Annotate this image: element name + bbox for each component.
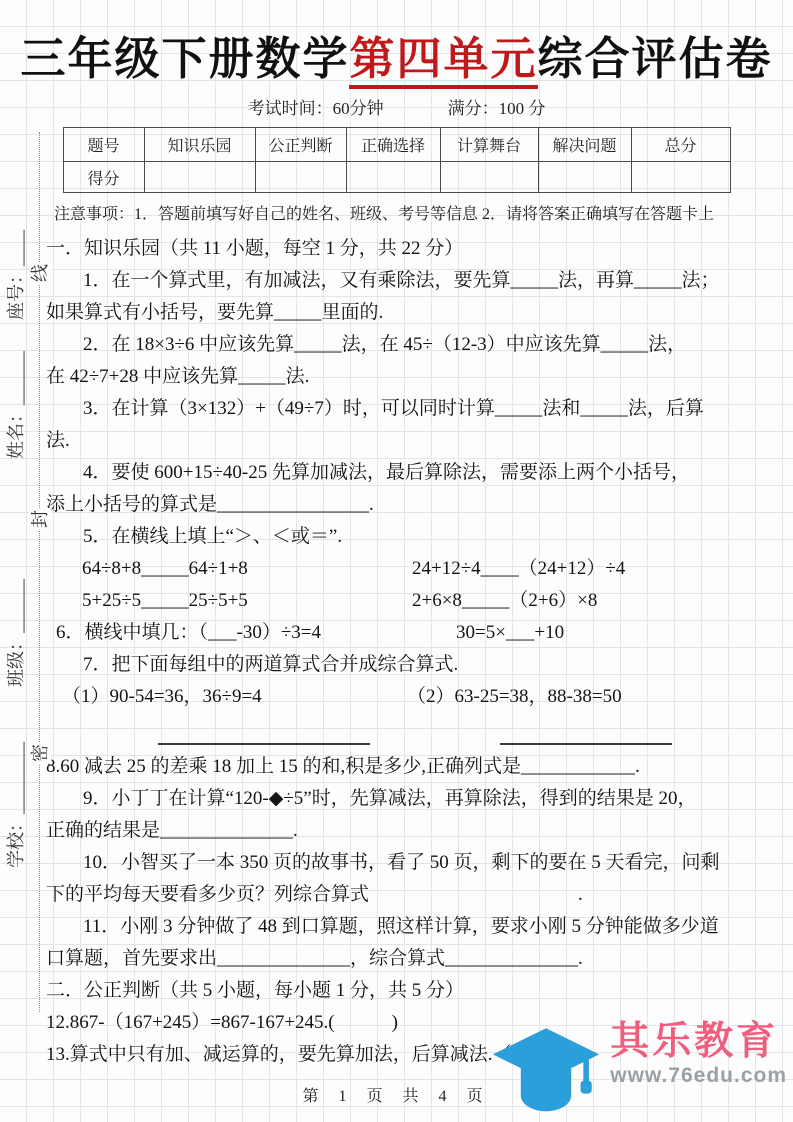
expression-left: 6．横线中填几：（___-30）÷3=4	[56, 617, 456, 649]
table-header-cell: 正确选择	[346, 128, 440, 162]
question-line: 6．横线中填几：（___-30）÷3=430=5×___+10	[46, 617, 755, 649]
exam-paper-page: 线封密 座号：____姓名：______班级：______学校：________…	[0, 0, 793, 1122]
table-header-cell: 题号	[63, 128, 144, 162]
score-table-score-row: 得分	[63, 162, 730, 193]
question-line: 5．在横线上填上“＞、＜或＝”.	[46, 521, 755, 553]
sidebar-field: 班级：______	[5, 558, 27, 708]
table-header-cell: 公正判断	[255, 128, 346, 162]
question-line: 一．知识乐园（共 11 小题，每空 1 分，共 22 分）	[46, 233, 755, 265]
title-suffix: 综合评估卷	[538, 33, 773, 84]
question-line: 64÷8+8_____64÷1+824+12÷4____（24+12）÷4	[46, 553, 755, 585]
expression-right: 30=5×___+10	[456, 617, 564, 649]
score-cell-empty	[440, 162, 538, 193]
question-line: 1．在一个算式里，有加减法，又有乘除法，要先算_____法，再算_____法；	[46, 265, 755, 297]
score-cell-empty	[144, 162, 255, 193]
question-line: 在 42÷7+28 中应该先算_____法.	[46, 361, 755, 393]
brand-watermark: 其乐教育 www.76edu.com	[490, 1020, 787, 1122]
table-header-cell: 总分	[631, 128, 730, 162]
expression-left: 5+25÷5_____25÷5+5	[82, 585, 412, 617]
score-cell-empty	[538, 162, 631, 193]
expression-right: 2+6×8_____（2+6）×8	[412, 585, 755, 617]
exam-full-score-label: 满分：100 分	[448, 94, 546, 119]
question-line: 9．小丁丁在计算“120-◆÷5”时，先算减法，再算除法，得到的结果是 20，	[46, 783, 755, 815]
question-line: 如果算式有小括号，要先算_____里面的.	[46, 297, 755, 329]
question-line: 口算题，首先要求出______________，综合算式____________…	[46, 943, 755, 975]
body-lines: 一．知识乐园（共 11 小题，每空 1 分，共 22 分）1．在一个算式里，有加…	[46, 233, 755, 1071]
exam-time-label: 考试时间：60分钟	[248, 94, 384, 119]
question-line: 5+25÷5_____25÷5+52+6×8_____（2+6）×8	[46, 585, 755, 617]
seal-char: 密	[29, 742, 51, 764]
table-header-cell: 解决问题	[538, 128, 631, 162]
seal-char: 线	[29, 262, 51, 284]
score-row-label: 得分	[63, 162, 144, 193]
score-table: 题号知识乐园公正判断正确选择计算舞台解决问题总分 得分	[63, 127, 731, 193]
table-header-cell: 知识乐园	[144, 128, 255, 162]
question-line: 4．要使 600+15÷40-25 先算加减法，最后算除法，需要添上两个小括号，	[46, 457, 755, 489]
score-cell-empty	[631, 162, 730, 193]
question-line: 7．把下面每组中的两道算式合并成综合算式.	[46, 649, 755, 681]
page-title: 三年级下册数学第四单元综合评估卷	[0, 0, 793, 88]
brand-name: 其乐教育	[610, 1020, 787, 1064]
question-line: 正确的结果是______________.	[46, 815, 755, 847]
question-line: 法.	[46, 425, 755, 457]
expression-right: 24+12÷4____（24+12）÷4	[412, 553, 755, 585]
exam-info-line: 考试时间：60分钟满分：100 分	[0, 94, 793, 119]
graduation-cap-icon	[490, 1026, 602, 1122]
sidebar-field: 座号：____	[5, 210, 27, 340]
seal-char: 封	[29, 508, 51, 530]
brand-text: 其乐教育 www.76edu.com	[610, 1020, 787, 1088]
notice-text: 注意事项：1．答题前填写好自己的姓名、班级、考号等信息 2．请将答案正确填写在答…	[54, 201, 753, 224]
brand-url: www.76edu.com	[610, 1064, 787, 1088]
score-cell-empty	[346, 162, 440, 193]
answer-blank-line	[500, 721, 672, 745]
score-cell-empty	[255, 162, 346, 193]
question-line: 10．小智买了一本 350 页的故事书，看了 50 页，剩下的要在 5 天看完，…	[46, 847, 755, 879]
question-line: （1）90-54=36，36÷9=4（2）63-25=38，88-38=50	[46, 681, 755, 713]
expression-left: （1）90-54=36，36÷9=4	[62, 681, 407, 713]
question-line: 添上小括号的算式是________________.	[46, 489, 755, 521]
title-prefix: 三年级下册数学	[20, 33, 349, 84]
question-line: 3．在计算（3×132）+（49÷7）时，可以同时计算_____法和_____法…	[46, 393, 755, 425]
score-table-header-row: 题号知识乐园公正判断正确选择计算舞台解决问题总分	[63, 128, 730, 162]
answer-blank-line	[158, 721, 370, 745]
question-line: 二．公正判断（共 5 小题，每小题 1 分，共 5 分）	[46, 975, 755, 1007]
title-unit-highlight: 第四单元	[349, 33, 537, 89]
question-line: 8.60 减去 25 的差乘 18 加上 15 的和,积是多少,正确列式是___…	[46, 751, 755, 783]
question-line: 11．小刚 3 分钟做了 48 到口算题，照这样计算，要求小刚 5 分钟能做多少…	[46, 911, 755, 943]
answer-blank-row	[46, 721, 755, 751]
sidebar-field: 学校：________	[5, 715, 27, 895]
question-line: 2．在 18×3÷6 中应该先算_____法，在 45÷（12-3）中应该先算_…	[46, 329, 755, 361]
expression-left: 64÷8+8_____64÷1+8	[82, 553, 412, 585]
sidebar-field: 姓名：______	[5, 330, 27, 480]
expression-right: （2）63-25=38，88-38=50	[407, 681, 622, 713]
question-line: 下的平均每天要看多少页？列综合算式 .	[46, 879, 755, 911]
table-header-cell: 计算舞台	[440, 128, 538, 162]
